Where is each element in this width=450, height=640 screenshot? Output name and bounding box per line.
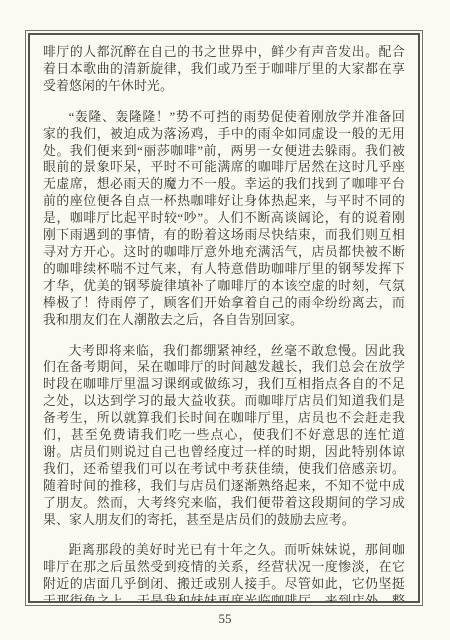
paragraph: 大考即将来临，我们都绷紧神经，丝毫不敢怠慢。因此我们在备考期间，呆在咖啡厅的时间… [43, 343, 405, 529]
paragraph: 啡厅的人都沉醉在自己的书之世界中，鲜少有声音发出。配合着日本歌曲的清新旋律，我们… [43, 44, 405, 95]
page-border-frame: 啡厅的人都沉醉在自己的书之世界中，鲜少有声音发出。配合着日本歌曲的清新旋律，我们… [25, 30, 423, 606]
paragraph: “轰隆、轰隆隆！”势不可挡的雨势促使着刚放学并准备回家的我们，被迫成为落汤鸡，手… [43, 109, 405, 329]
paragraph: 距离那段的美好时光已有十年之久。而听妹妹说，那间咖啡厅在那之后虽然受到疫情的关系… [43, 542, 405, 603]
page-number: 55 [0, 611, 450, 627]
page-content-area: 啡厅的人都沉醉在自己的书之世界中，鲜少有声音发出。配合着日本歌曲的清新旋律，我们… [28, 33, 420, 603]
body-text: 啡厅的人都沉醉在自己的书之世界中，鲜少有声音发出。配合着日本歌曲的清新旋律，我们… [43, 44, 405, 603]
